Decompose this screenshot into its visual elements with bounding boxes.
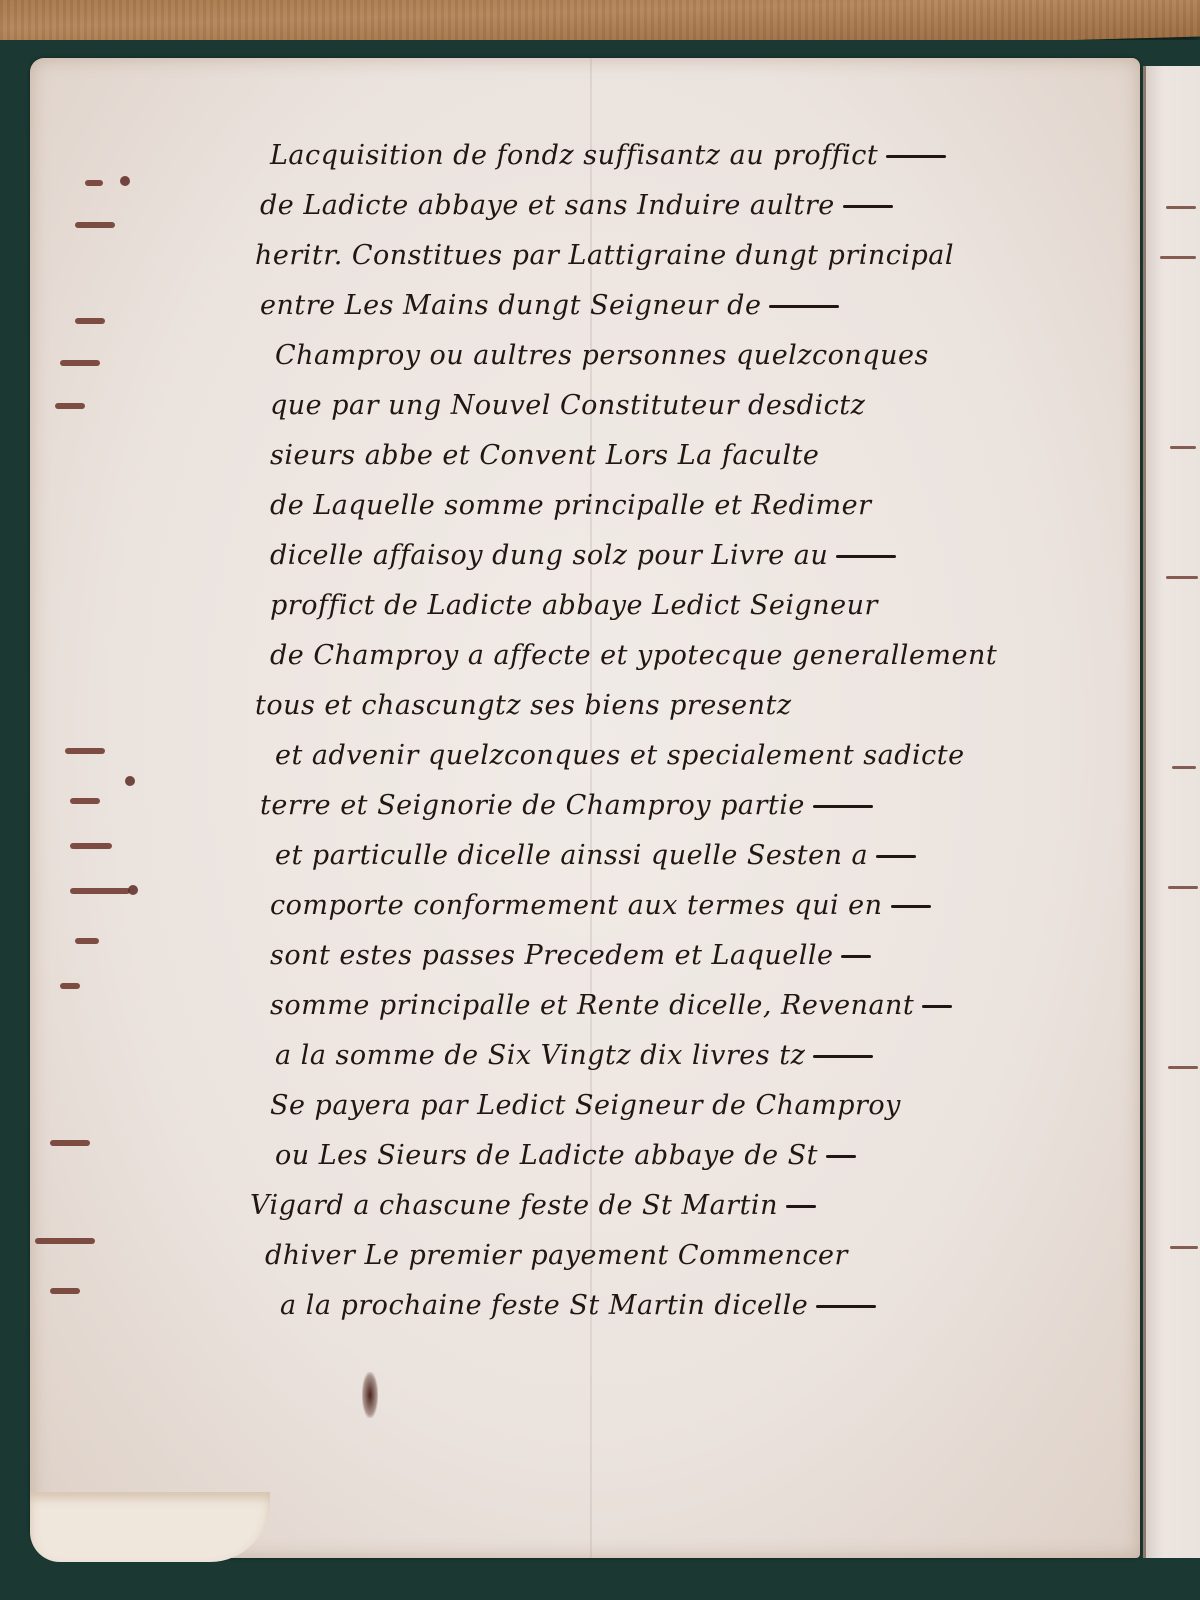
line-text: et particulle dicelle ainssi quelle Sest…: [275, 840, 868, 871]
ink-stain: [362, 1372, 378, 1418]
margin-ink-mark: [50, 1140, 90, 1146]
margin-ink-mark: [60, 360, 100, 366]
line-text: Lacquisition de fondz suffisantz au prof…: [270, 140, 878, 171]
ink-blot: [128, 885, 138, 895]
line-text: a la prochaine feste St Martin dicelle: [280, 1290, 808, 1321]
line-filler-stroke: [813, 805, 873, 808]
line-text: dicelle affaisoy dung solz pour Livre au: [270, 540, 828, 571]
manuscript-line: terre et Seignorie de Champroy partie: [260, 790, 873, 821]
line-text: et advenir quelzconques et specialement …: [275, 740, 965, 771]
torn-corner: [30, 1492, 270, 1562]
ink-bleed-mark: [1168, 886, 1198, 889]
line-text: que par ung Nouvel Constituteur desdictz: [270, 390, 865, 421]
line-filler-stroke: [891, 905, 931, 908]
line-text: de Ladicte abbaye et sans Induire aultre: [260, 190, 835, 221]
manuscript-line: sont estes passes Precedem et Laquelle: [270, 940, 871, 971]
manuscript-line: de Ladicte abbaye et sans Induire aultre: [260, 190, 893, 221]
manuscript-line: sieurs abbe et Convent Lors La faculte: [270, 440, 819, 471]
manuscript-line: Vigard a chascune feste de St Martin: [250, 1190, 816, 1221]
margin-ink-mark: [75, 318, 105, 324]
line-text: somme principalle et Rente dicelle, Reve…: [270, 990, 914, 1021]
line-text: sieurs abbe et Convent Lors La faculte: [270, 440, 819, 471]
line-filler-stroke: [922, 1005, 952, 1008]
adjacent-page-edge: [1143, 66, 1200, 1558]
line-text: dhiver Le premier payement Commencer: [265, 1240, 848, 1271]
manuscript-line: de Champroy a affecte et ypotecque gener…: [270, 640, 997, 671]
margin-ink-mark: [75, 938, 99, 944]
ink-bleed-mark: [1166, 206, 1196, 209]
ink-bleed-mark: [1166, 576, 1198, 579]
ink-bleed-mark: [1170, 1246, 1198, 1249]
ink-bleed-mark: [1168, 1066, 1198, 1069]
manuscript-line: Se payera par Ledict Seigneur de Champro…: [270, 1090, 901, 1121]
line-text: entre Les Mains dungt Seigneur de: [260, 290, 761, 321]
manuscript-line: a la somme de Six Vingtz dix livres tz: [275, 1040, 873, 1071]
manuscript-line: que par ung Nouvel Constituteur desdictz: [270, 390, 865, 421]
line-filler-stroke: [841, 955, 871, 958]
ink-bleed-mark: [1170, 446, 1196, 449]
margin-ink-mark: [85, 180, 103, 186]
line-filler-stroke: [769, 305, 839, 308]
manuscript-line: tous et chascungtz ses biens presentz: [255, 690, 792, 721]
manuscript-line: a la prochaine feste St Martin dicelle: [280, 1290, 876, 1321]
manuscript-line: Champroy ou aultres personnes quelzconqu…: [275, 340, 929, 371]
line-text: de Laquelle somme principalle et Redimer: [270, 490, 872, 521]
manuscript-line: dhiver Le premier payement Commencer: [265, 1240, 848, 1271]
manuscript-line: somme principalle et Rente dicelle, Reve…: [270, 990, 952, 1021]
margin-ink-mark: [55, 403, 85, 409]
margin-ink-mark: [70, 888, 130, 894]
margin-ink-mark: [35, 1238, 95, 1244]
margin-ink-mark: [70, 843, 112, 849]
ink-blot: [125, 776, 135, 786]
manuscript-line: entre Les Mains dungt Seigneur de: [260, 290, 839, 321]
manuscript-line: de Laquelle somme principalle et Redimer: [270, 490, 872, 521]
line-filler-stroke: [826, 1155, 856, 1158]
ink-blot: [120, 176, 130, 186]
line-text: tous et chascungtz ses biens presentz: [255, 690, 792, 721]
line-text: Se payera par Ledict Seigneur de Champro…: [270, 1090, 901, 1121]
margin-ink-mark: [70, 798, 100, 804]
line-text: a la somme de Six Vingtz dix livres tz: [275, 1040, 805, 1071]
line-text: ou Les Sieurs de Ladicte abbaye de St: [275, 1140, 818, 1171]
line-filler-stroke: [876, 855, 916, 858]
manuscript-line: dicelle affaisoy dung solz pour Livre au: [270, 540, 896, 571]
line-text: comporte conformement aux termes qui en: [270, 890, 883, 921]
line-filler-stroke: [843, 205, 893, 208]
margin-ink-mark: [60, 983, 80, 989]
line-filler-stroke: [813, 1055, 873, 1058]
line-text: terre et Seignorie de Champroy partie: [260, 790, 805, 821]
line-filler-stroke: [816, 1305, 876, 1308]
line-text: proffict de Ladicte abbaye Ledict Seigne…: [270, 590, 878, 621]
margin-ink-mark: [75, 222, 115, 228]
manuscript-line: proffict de Ladicte abbaye Ledict Seigne…: [270, 590, 878, 621]
line-filler-stroke: [836, 555, 896, 558]
line-text: heritr. Constitues par Lattigraine dungt…: [255, 240, 954, 271]
line-text: de Champroy a affecte et ypotecque gener…: [270, 640, 997, 671]
manuscript-line: et particulle dicelle ainssi quelle Sest…: [275, 840, 916, 871]
line-filler-stroke: [886, 155, 946, 158]
margin-ink-mark: [50, 1288, 80, 1294]
line-text: Vigard a chascune feste de St Martin: [250, 1190, 778, 1221]
margin-ink-mark: [65, 748, 105, 754]
manuscript-line: et advenir quelzconques et specialement …: [275, 740, 965, 771]
manuscript-line: comporte conformement aux termes qui en: [270, 890, 931, 921]
line-text: sont estes passes Precedem et Laquelle: [270, 940, 833, 971]
manuscript-line: Lacquisition de fondz suffisantz au prof…: [270, 140, 946, 171]
ink-bleed-mark: [1172, 766, 1196, 769]
ink-bleed-mark: [1160, 256, 1196, 259]
line-text: Champroy ou aultres personnes quelzconqu…: [275, 340, 929, 371]
line-filler-stroke: [786, 1205, 816, 1208]
manuscript-line: ou Les Sieurs de Ladicte abbaye de St: [275, 1140, 856, 1171]
manuscript-line: heritr. Constitues par Lattigraine dungt…: [255, 240, 954, 271]
